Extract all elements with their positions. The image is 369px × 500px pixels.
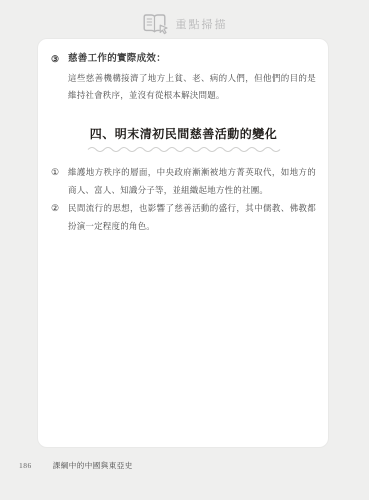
list-item: ② 民間流行的思想，也影響了慈善活動的盛行，其中儒教、佛教都扮演一定程度的角色。: [51, 200, 316, 235]
page-footer: 186 課綱中的中國與東亞史: [0, 458, 369, 472]
book-title: 課綱中的中國與東亞史: [53, 460, 133, 471]
section-heading: 四、明末清初民間慈善活動的變化: [90, 125, 278, 142]
page-header: 重點掃描: [0, 11, 369, 37]
header-label: 重點掃描: [176, 16, 228, 32]
item-number: ①: [51, 164, 63, 199]
item-number: ③: [51, 52, 63, 67]
list-item: ① 維護地方秩序的層面，中央政府漸漸被地方菁英取代，如地方的商人、富人、知識分子…: [51, 164, 316, 199]
section-block: 四、明末清初民間慈善活動的變化: [51, 125, 316, 152]
item-number: ②: [51, 200, 63, 235]
page-number: 186: [19, 461, 32, 470]
book-scan-icon: [142, 13, 169, 36]
item-body-text: 這些慈善機構接濟了地方上貧、老、病的人們，但他們的目的是維持社會秩序，並沒有從根…: [68, 70, 316, 104]
item-text: 維護地方秩序的層面，中央政府漸漸被地方菁英取代，如地方的商人、富人、知識分子等，…: [68, 164, 316, 199]
content-card: ③ 慈善工作的實際成效： 這些慈善機構接濟了地方上貧、老、病的人們，但他們的目的…: [37, 38, 329, 448]
item-title: 慈善工作的實際成效：: [68, 52, 166, 67]
item-text: 民間流行的思想，也影響了慈善活動的盛行，其中儒教、佛教都扮演一定程度的角色。: [68, 200, 316, 235]
numbered-list: ① 維護地方秩序的層面，中央政府漸漸被地方菁英取代，如地方的商人、富人、知識分子…: [51, 164, 316, 235]
numbered-item-3: ③ 慈善工作的實際成效：: [51, 52, 316, 67]
wavy-underline: [86, 145, 282, 152]
